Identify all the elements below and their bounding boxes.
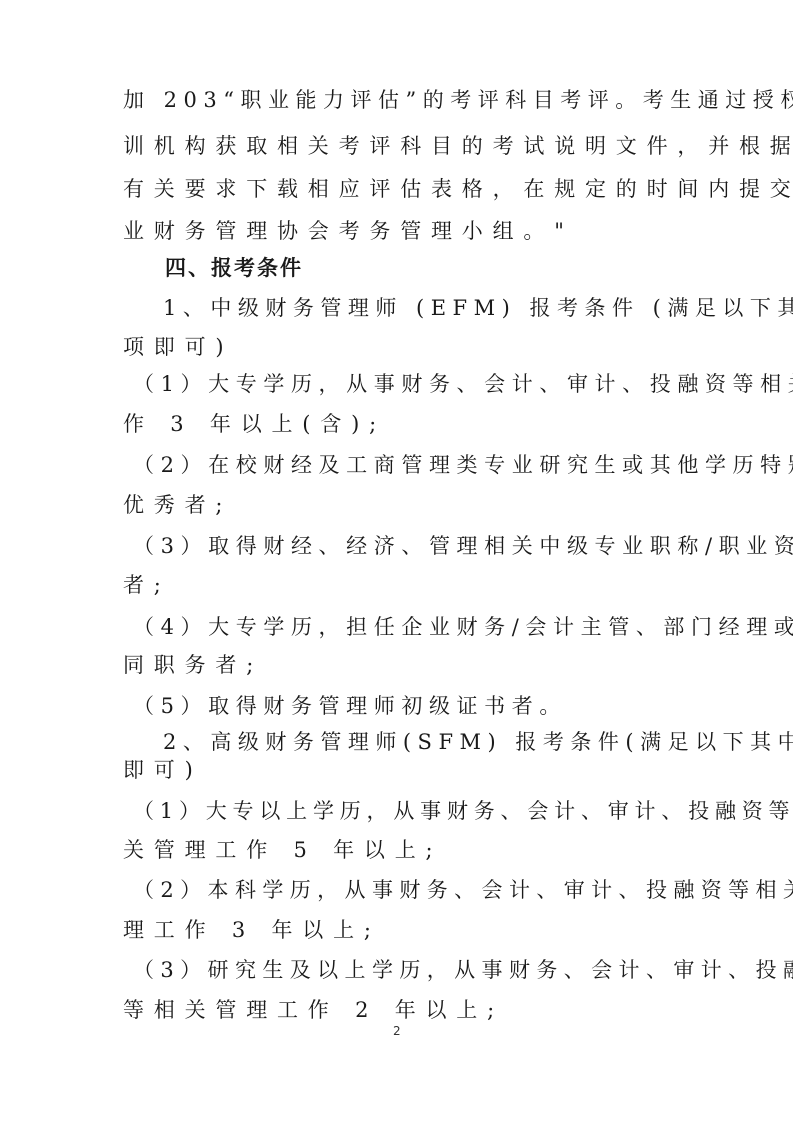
efm-title: 1、中级财务管理师 (EFM) 报考条件 (满足以下其中一: [163, 294, 723, 322]
document-page: 加 203“职业能力评估”的考评科目考评。考生通过授权培 训机构获取相关考评科目…: [0, 0, 793, 1121]
paragraph-line: 业财务管理协会考务管理小组。": [123, 217, 683, 245]
efm-item-4: （4）大专学历，担任企业财务/会计主管、部门经理或等: [133, 613, 693, 641]
efm-title-cont: 项即可): [123, 333, 683, 361]
paragraph-line: 加 203“职业能力评估”的考评科目考评。考生通过授权培: [123, 86, 683, 114]
efm-item-4-cont: 同职务者;: [123, 651, 683, 679]
sfm-item-1-cont: 关管理工作 5 年以上;: [123, 836, 683, 864]
efm-item-1: （1）大专学历，从事财务、会计、审计、投融资等相关工: [133, 370, 693, 398]
efm-item-2-cont: 优秀者;: [123, 491, 683, 519]
sfm-item-1: （1）大专以上学历，从事财务、会计、审计、投融资等相: [133, 797, 693, 825]
sfm-title: 2、高级财务管理师(SFM) 报考条件(满足以下其中一项: [163, 728, 723, 756]
efm-item-1-cont: 作 3 年以上(含);: [123, 410, 683, 438]
sfm-item-2-cont: 理工作 3 年以上;: [123, 916, 683, 944]
efm-item-5: （5）取得财务管理师初级证书者。: [133, 692, 693, 720]
efm-item-3: （3）取得财经、经济、管理相关中级专业职称/职业资格: [133, 532, 693, 560]
paragraph-line: 训机构获取相关考评科目的考试说明文件，并根据文件上的: [123, 132, 683, 160]
sfm-item-3: （3）研究生及以上学历，从事财务、会计、审计、投融资: [133, 956, 693, 984]
efm-item-3-cont: 者;: [123, 571, 683, 599]
section-heading: 四、报考条件: [165, 254, 725, 282]
efm-item-2: （2）在校财经及工商管理类专业研究生或其他学历特别: [133, 451, 693, 479]
paragraph-line: 有关要求下载相应评估表格，在规定的时间内提交至中国企: [123, 175, 683, 203]
page-number: 2: [393, 1024, 401, 1038]
sfm-item-3-cont: 等相关管理工作 2 年以上;: [123, 996, 683, 1024]
sfm-title-cont: 即可): [123, 756, 683, 784]
sfm-item-2: （2）本科学历，从事财务、会计、审计、投融资等相关管: [133, 876, 693, 904]
